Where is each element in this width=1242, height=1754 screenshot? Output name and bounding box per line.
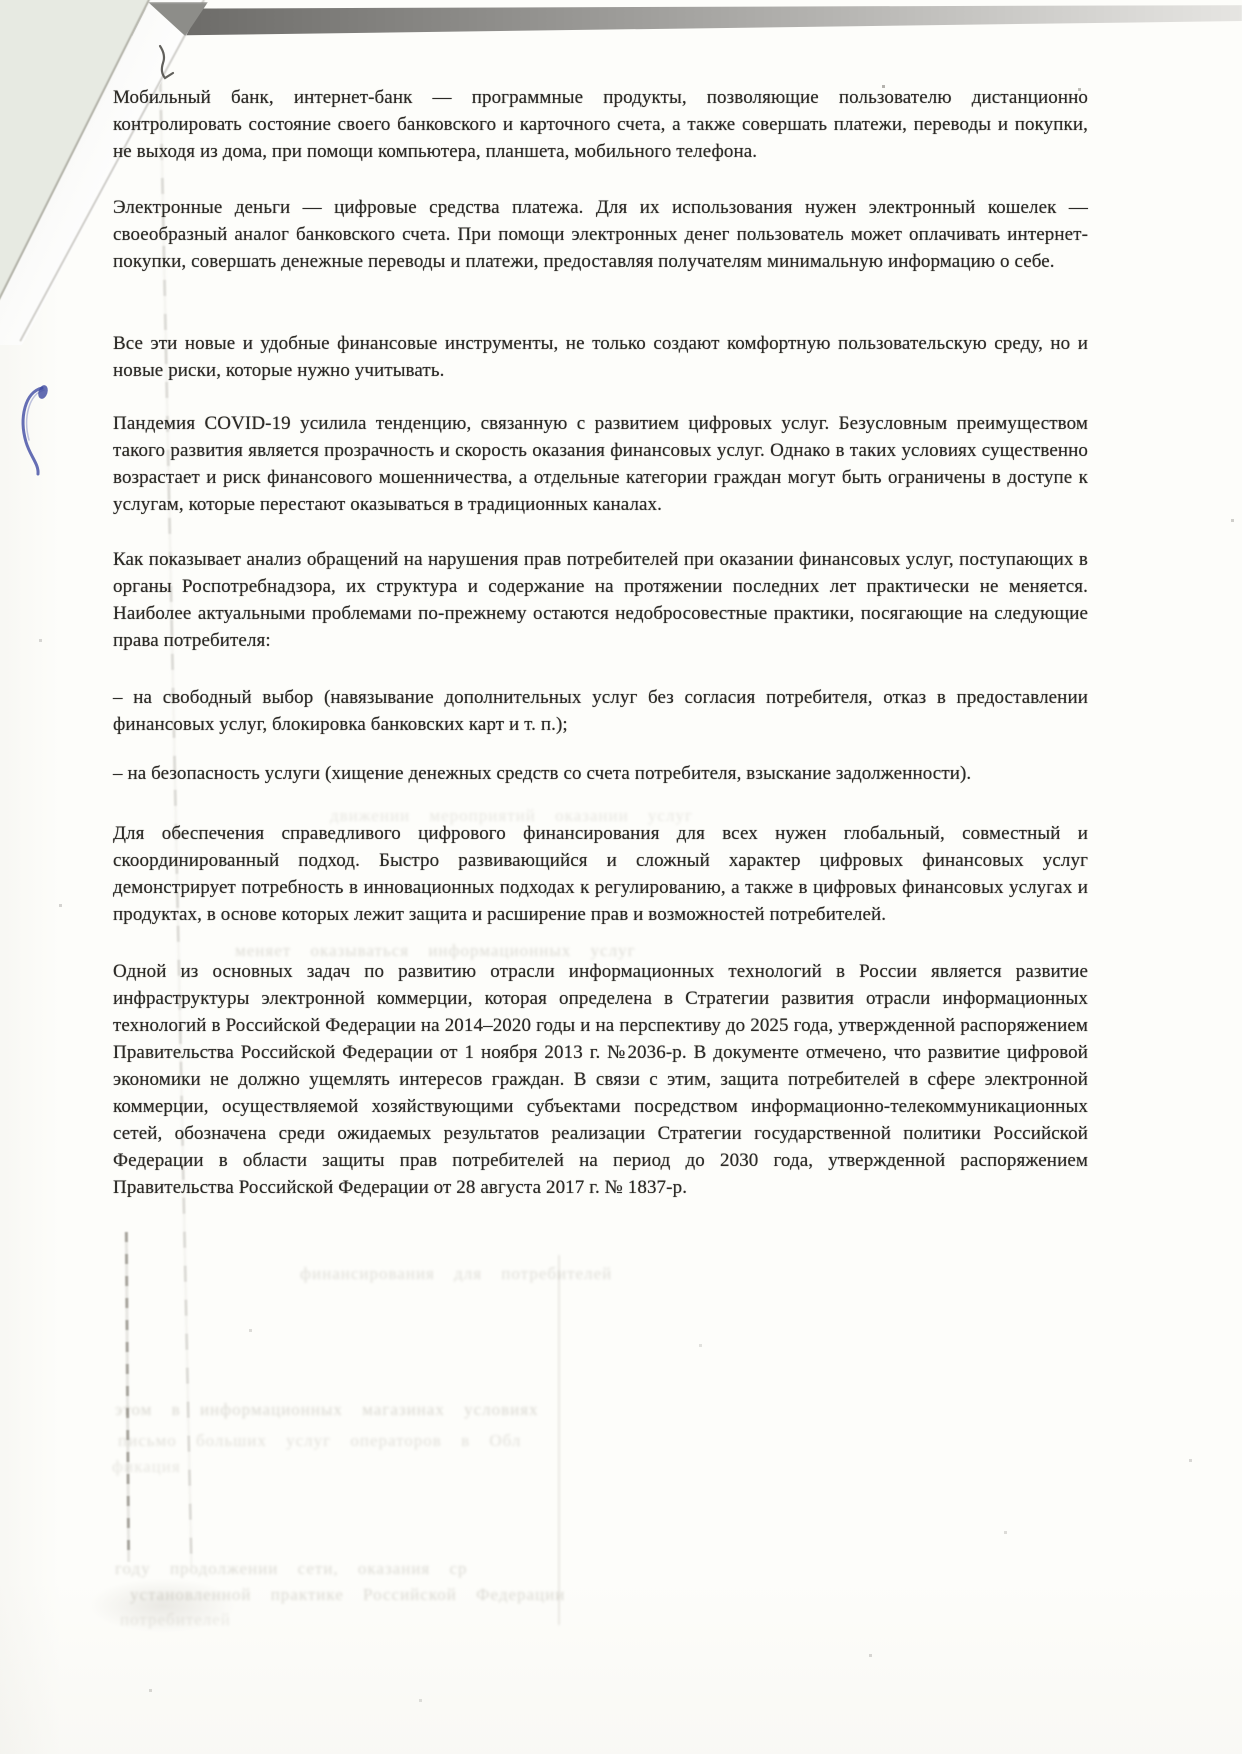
bullet-service-safety: – на безопасность услуги (хищение денежн…	[113, 760, 1088, 787]
paragraph-it-strategy: Одной из основных задач по развитию отра…	[113, 958, 1088, 1201]
ghost-text-line: этом в информационных магазинах условиях	[115, 1400, 815, 1420]
vertical-crease-faint	[558, 1255, 560, 1625]
paragraph-electronic-money: Электронные деньги — цифровые средства п…	[113, 194, 1088, 275]
paragraph-fair-digital-financing: Для обеспечения справедливого цифрового …	[113, 820, 1088, 928]
scanned-document-page: Мобильный банк, интернет-банк — программ…	[0, 0, 1242, 1754]
ghost-text-line: финансирования для потребителей	[300, 1264, 760, 1284]
paragraph-covid19-trend: Пандемия COVID-19 усилила тенденцию, свя…	[113, 410, 1088, 518]
bottom-left-smudge	[88, 1578, 238, 1633]
ghost-text-line: году продолжении сети, оказания ср	[115, 1559, 815, 1579]
ghost-text-line: письмо больших услуг операторов в Обл	[118, 1431, 738, 1451]
ghost-text-line: фикация	[112, 1457, 242, 1477]
paragraph-new-tools-risks: Все эти новые и удобные финансовые инстр…	[113, 330, 1088, 384]
bullet-free-choice: – на свободный выбор (навязывание дополн…	[113, 684, 1088, 738]
pen-tick-mark	[148, 42, 182, 86]
paragraph-mobile-bank: Мобильный банк, интернет-банк — программ…	[113, 84, 1088, 165]
blue-pen-loop-mark	[12, 374, 72, 484]
vertical-crease-dark-segment	[125, 1232, 130, 1562]
paragraph-rospotrebnadzor-analysis: Как показывает анализ обращений на наруш…	[113, 546, 1088, 654]
scan-top-edge-shadow	[56, 5, 1242, 37]
